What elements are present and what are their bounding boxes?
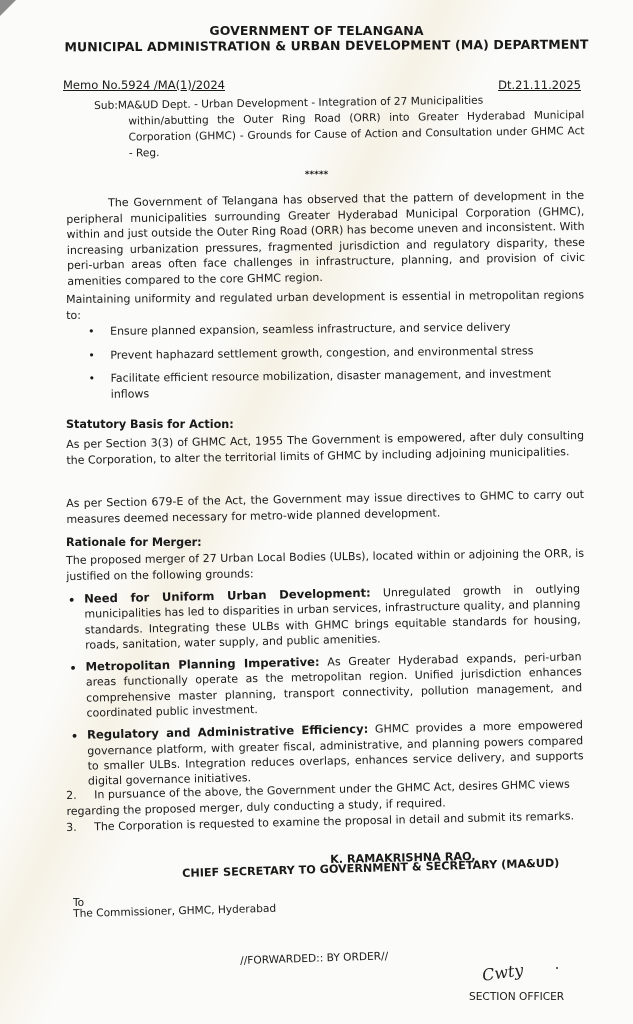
- forwarded-by-order: //FORWARDED:: BY ORDER//: [240, 950, 388, 967]
- handwritten-signature: Cwty: [481, 960, 525, 985]
- paragraph-2-number: 2.: [66, 787, 94, 803]
- aims-list: Ensure planned expansion, seamless infra…: [88, 319, 579, 410]
- statutory-paragraph-2: As per Section 679-E of the Act, the Gov…: [66, 487, 584, 527]
- memo-number: Memo No.5924 /MA(1)/2024: [63, 78, 225, 92]
- aims-list-item: Prevent haphazard settlement growth, con…: [88, 342, 578, 363]
- header-department: MUNICIPAL ADMINISTRATION & URBAN DEVELOP…: [10, 36, 633, 54]
- memo-date: Dt.21.11.2025: [498, 78, 581, 92]
- maintaining-paragraph: Maintaining uniformity and regulated urb…: [66, 287, 584, 323]
- header-government: GOVERNMENT OF TELANGANA: [0, 23, 633, 38]
- grounds-list: Need for Uniform Urban Development: Unre…: [68, 581, 584, 796]
- statutory-paragraph-1: As per Section 3(3) of GHMC Act, 1955 Th…: [66, 428, 584, 468]
- aims-list-item: Facilitate efficient resource mobilizati…: [88, 366, 578, 402]
- subject-block: Sub:MA&UD Dept. - Urban Development - In…: [94, 91, 585, 162]
- scan-corner-artifact: [0, 0, 16, 16]
- grounds-list-item: Metropolitan Planning Imperative: As Gre…: [69, 649, 582, 721]
- memo-page: GOVERNMENT OF TELANGANA MUNICIPAL ADMINI…: [0, 0, 633, 1024]
- recipient-address: The Commissioner, GHMC, Hyderabad: [73, 903, 276, 920]
- rationale-intro: The proposed merger of 27 Urban Local Bo…: [66, 546, 584, 584]
- intro-paragraph: The Government of Telangana has observed…: [66, 188, 585, 290]
- section-officer-title: SECTION OFFICER: [469, 991, 564, 1003]
- grounds-list-item: Need for Uniform Urban Development: Unre…: [68, 581, 581, 653]
- subject-label: Sub:: [94, 100, 118, 112]
- signature-dot: [556, 967, 558, 969]
- subject-continuation: within/abutting the Outer Ring Road (ORR…: [94, 107, 585, 162]
- paragraph-3-number: 3.: [66, 819, 94, 835]
- separator-stars: *****: [0, 170, 633, 180]
